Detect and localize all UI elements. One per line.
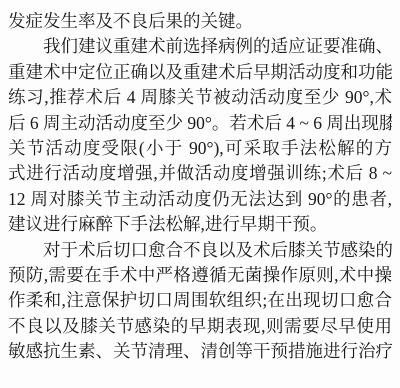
text-line: 12 周对膝关节主动活动度仍无法达到 90°的患者, [8, 187, 392, 212]
text-line: 我们建议重建术前选择病例的适应证要准确、 [8, 34, 392, 59]
text-line: 预防,需要在手术中严格遵循无菌操作原则,术中操 [8, 263, 392, 288]
text-line: 敏感抗生素、关节清理、清创等干预措施进行治疗。 [8, 339, 392, 364]
document-page: 发症发生率及不良后果的关键。 我们建议重建术前选择病例的适应证要准确、 重建术中… [0, 0, 400, 388]
text-line: 不良以及膝关节感染的早期表现,则需要尽早使用 [8, 314, 392, 339]
text-line: 练习,推荐术后 4 周膝关节被动活动度至少 90°,术 [8, 85, 392, 110]
text-line: 作柔和,注意保护切口周围软组织;在出现切口愈合 [8, 288, 392, 313]
text-line: 发症发生率及不良后果的关键。 [8, 9, 392, 34]
text-line: 建议进行麻醉下手法松解,进行早期干预。 [8, 212, 392, 237]
text-line: 式进行活动度增强,并做活动度增强训练;术后 8 ~ [8, 161, 392, 186]
text-line: 后 6 周主动活动度至少 90°。若术后 4 ~ 6 周出现膝 [8, 111, 392, 136]
text-line: 重建术中定位正确以及重建术后早期活动度和功能 [8, 60, 392, 85]
text-line: 关节活动度受限(小于 90°),可采取手法松解的方 [8, 136, 392, 161]
text-line: 对于术后切口愈合不良以及术后膝关节感染的 [8, 238, 392, 263]
